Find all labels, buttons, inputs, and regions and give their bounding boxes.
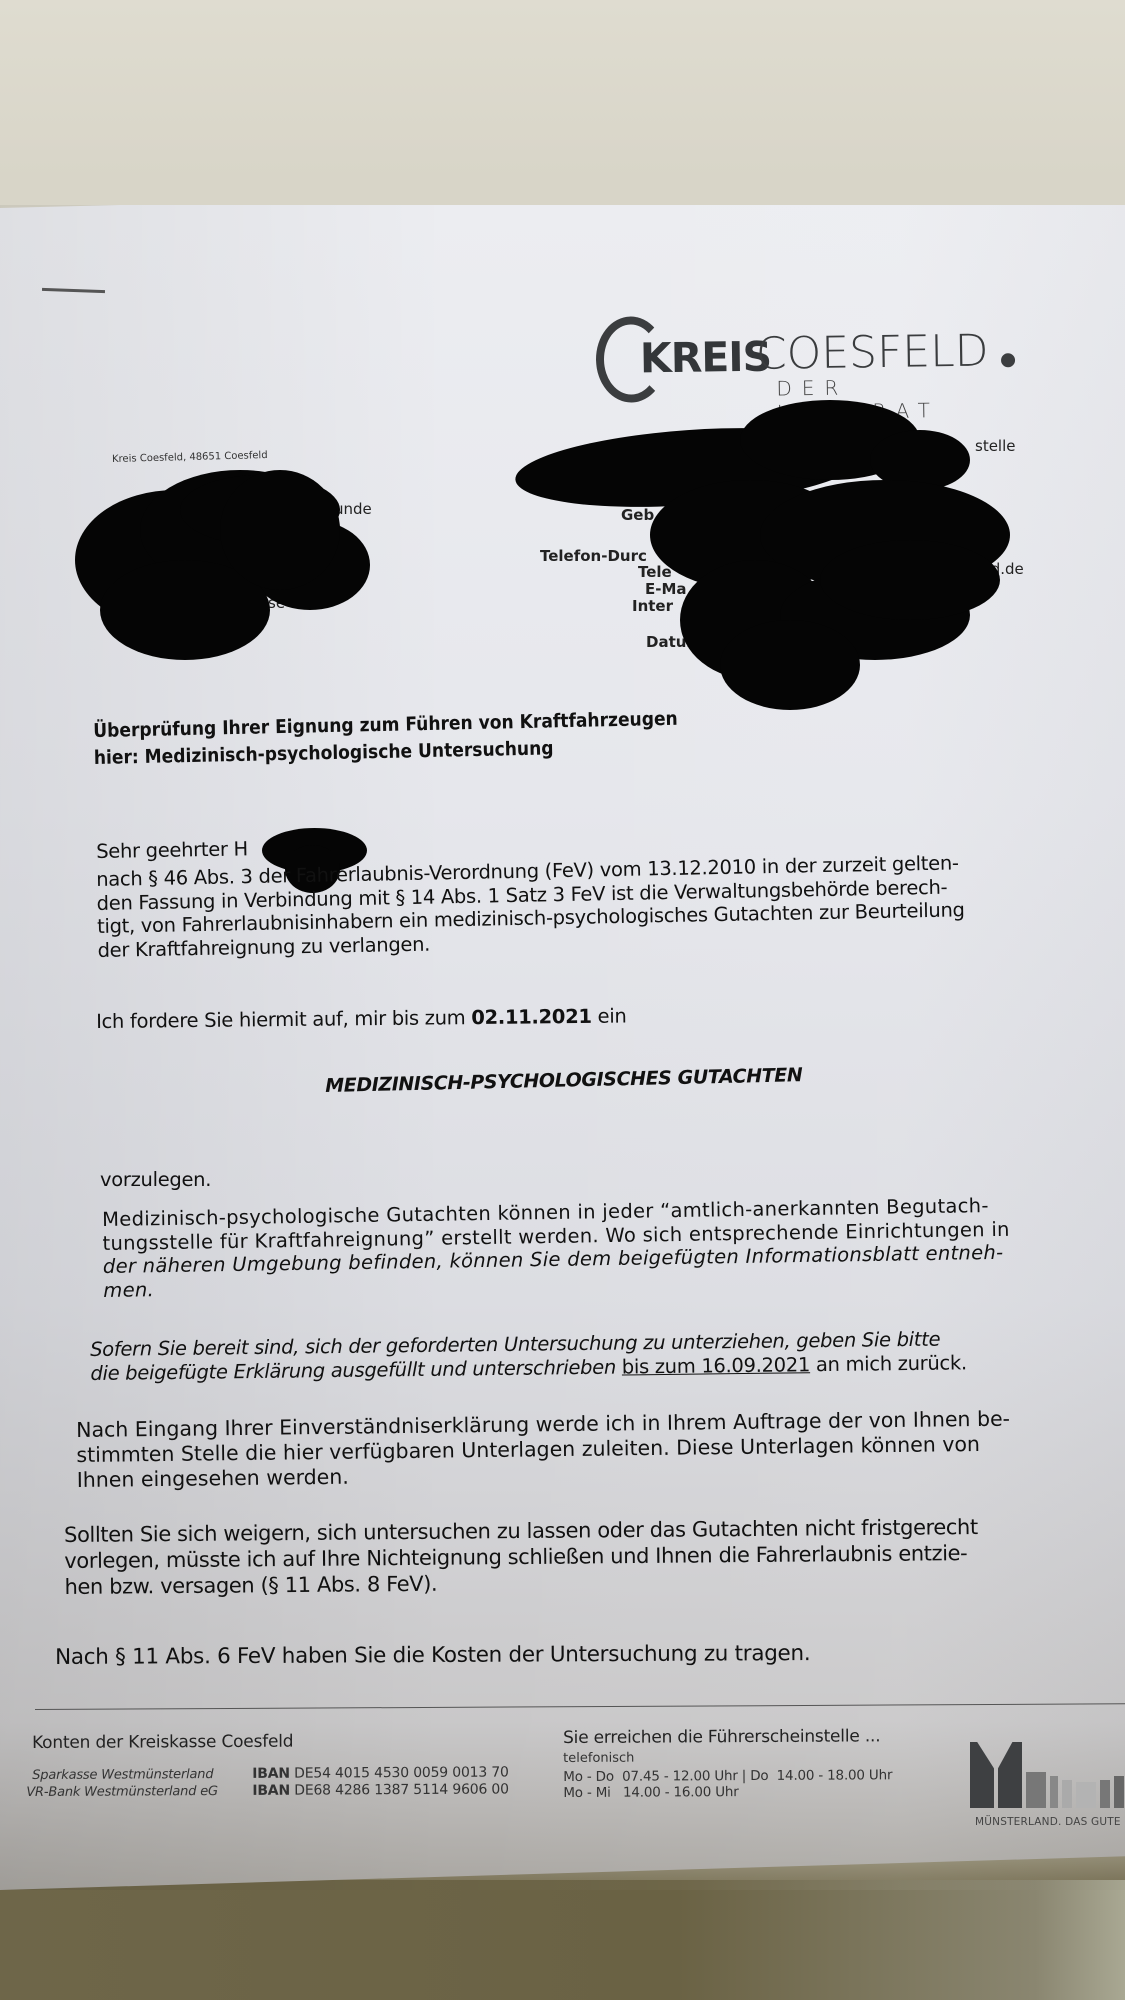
account-row: VR-Bank Westmünsterland eGIBAN DE68 4286… [26, 1782, 509, 1801]
logo-coesfeld-text: COESFELD [756, 326, 989, 380]
iban-label: IBAN [252, 1766, 290, 1782]
iban-label: IBAN [252, 1783, 290, 1799]
accounts-title: Konten der Kreiskasse Coesfeld [32, 1731, 509, 1753]
muensterland-caption: MÜNSTERLAND. DAS GUTE [975, 1816, 1121, 1828]
contact-title: Sie erreichen die Führerscheinstelle ... [563, 1726, 892, 1748]
hours-row: Mo - Mi 14.00 - 16.00 Uhr [563, 1783, 892, 1801]
text-fragment: ein [592, 1004, 627, 1027]
deadline-report: 02.11.2021 [471, 1005, 592, 1029]
iban-value: DE68 4286 1387 5114 9606 00 [294, 1782, 509, 1799]
info-fragment: Inter [632, 597, 673, 615]
bank-name: Sparkasse Westmünsterland [32, 1767, 252, 1783]
paragraph-refusal-consequences: Sollten Sie sich weigern, sich untersuch… [64, 1514, 978, 1600]
deadline-consent: bis zum 16.09.2021 [622, 1353, 810, 1378]
contact-mode: telefonisch [563, 1749, 892, 1766]
info-fragment: Telefon-Durc [540, 547, 647, 565]
text-fragment: Ich fordere Sie hiermit auf, mir bis zum [96, 1006, 471, 1033]
account-row: Sparkasse WestmünsterlandIBAN DE54 4015 … [32, 1765, 509, 1783]
kreis-coesfeld-logo: KREIS COESFELD DER LANDRAT [595, 305, 1026, 411]
info-fragment: stelle [975, 437, 1016, 455]
paragraph-assessment-centers: Medizinisch-psychologische Gutachten kön… [102, 1194, 1011, 1302]
hours-row: Mo - Do 07.45 - 12.00 Uhr | Do 14.00 - 1… [563, 1767, 892, 1785]
muensterland-logo: MÜNSTERLAND. DAS GUTE [970, 1740, 1125, 1830]
info-fragment: Geb [621, 506, 654, 524]
bank-name: VR-Bank Westmünsterland eG [26, 1784, 252, 1800]
footer-contact-hours: Sie erreichen die Führerscheinstelle ...… [563, 1726, 892, 1801]
iban-value: DE54 4015 4530 0059 0013 70 [294, 1765, 509, 1782]
paragraph-documents: Nach Eingang Ihrer Einverständniserkläru… [76, 1407, 1011, 1493]
table-surface [0, 1880, 1125, 2000]
text-fragment: an mich zurück. [810, 1351, 967, 1376]
paragraph-submit: vorzulegen. [100, 1168, 211, 1192]
paragraph-costs: Nach § 11 Abs. 6 FeV haben Sie die Koste… [55, 1642, 810, 1669]
logo-kreis-text: KREIS [640, 333, 772, 383]
info-fragment: E-Ma [645, 580, 687, 598]
paragraph-legal-basis: nach § 46 Abs. 3 der Fahrerlaubnis-Veror… [96, 851, 965, 962]
salutation: Sehr geehrter H [96, 837, 248, 863]
logo-dot-icon [1001, 353, 1015, 367]
footer-bank-accounts: Konten der Kreiskasse Coesfeld Sparkasse… [32, 1731, 509, 1800]
